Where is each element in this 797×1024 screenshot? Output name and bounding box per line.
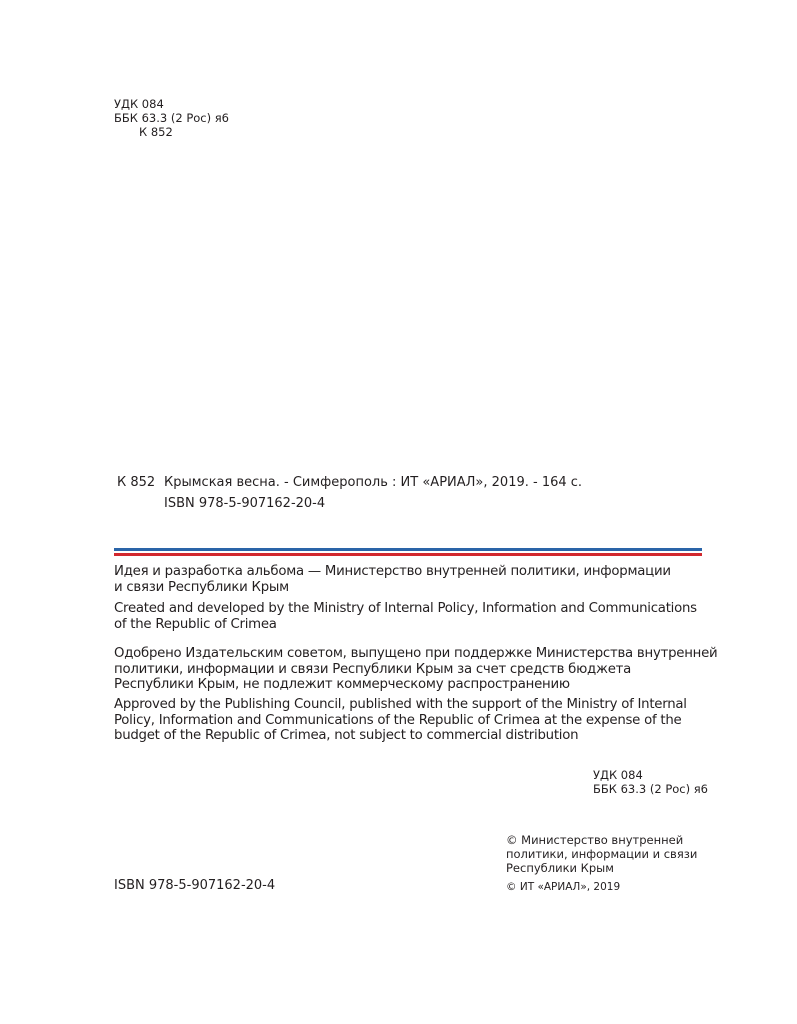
top-classification: УДК 084 ББК 63.3 (2 Рос) я6 К 852 [114,97,229,139]
paragraph-line: Policy, Information and Communications o… [114,713,687,729]
paragraph-line: Одобрено Издательским советом, выпущено … [114,646,717,662]
divider-blue-stripe [114,548,702,551]
copyright-line: политики, информации и связи [506,847,697,861]
tricolor-divider [114,548,702,556]
paragraph-line: Approved by the Publishing Council, publ… [114,697,687,713]
credits-paragraph-en: Created and developed by the Ministry of… [114,601,697,632]
udk-code: УДК 084 [114,97,229,111]
copyright-line: Республики Крым [506,861,697,875]
paragraph-line: и связи Республики Крым [114,580,671,596]
copyright-line: © Министерство внутренней [506,833,697,847]
bottom-isbn: ISBN 978-5-907162-20-4 [114,878,275,893]
paragraph-line: Идея и разработка альбома — Министерство… [114,564,671,580]
entry-description: Крымская весна. - Симферополь : ИТ «АРИА… [164,475,582,490]
paragraph-line: политики, информации и связи Республики … [114,662,717,678]
copyright-block: © Министерство внутренней политики, инфо… [506,833,697,894]
bbk-code: ББК 63.3 (2 Рос) я6 [114,111,229,125]
paragraph-line: budget of the Republic of Crimea, not su… [114,728,687,744]
entry-isbn: ISBN 978-5-907162-20-4 [117,496,717,511]
approval-paragraph-en: Approved by the Publishing Council, publ… [114,697,687,744]
copyright-publisher: © ИТ «АРИАЛ», 2019 [506,880,697,894]
bottom-classification: УДК 084 ББК 63.3 (2 Рос) я6 [593,768,708,796]
paragraph-line: Республики Крым, не подлежит коммерческо… [114,677,717,693]
approval-paragraph-ru: Одобрено Издательским советом, выпущено … [114,646,717,693]
copyright-ministry: © Министерство внутренней политики, инфо… [506,833,697,875]
udk-code: УДК 084 [593,768,708,782]
bibliographic-entry: К 852 Крымская весна. - Симферополь : ИТ… [117,475,717,511]
entry-code: К 852 [117,475,164,490]
paragraph-line: of the Republic of Crimea [114,617,697,633]
divider-red-stripe [114,553,702,556]
credits-paragraph-ru: Идея и разработка альбома — Министерство… [114,564,671,595]
author-sign: К 852 [114,125,229,139]
bbk-code: ББК 63.3 (2 Рос) я6 [593,782,708,796]
paragraph-line: Created and developed by the Ministry of… [114,601,697,617]
